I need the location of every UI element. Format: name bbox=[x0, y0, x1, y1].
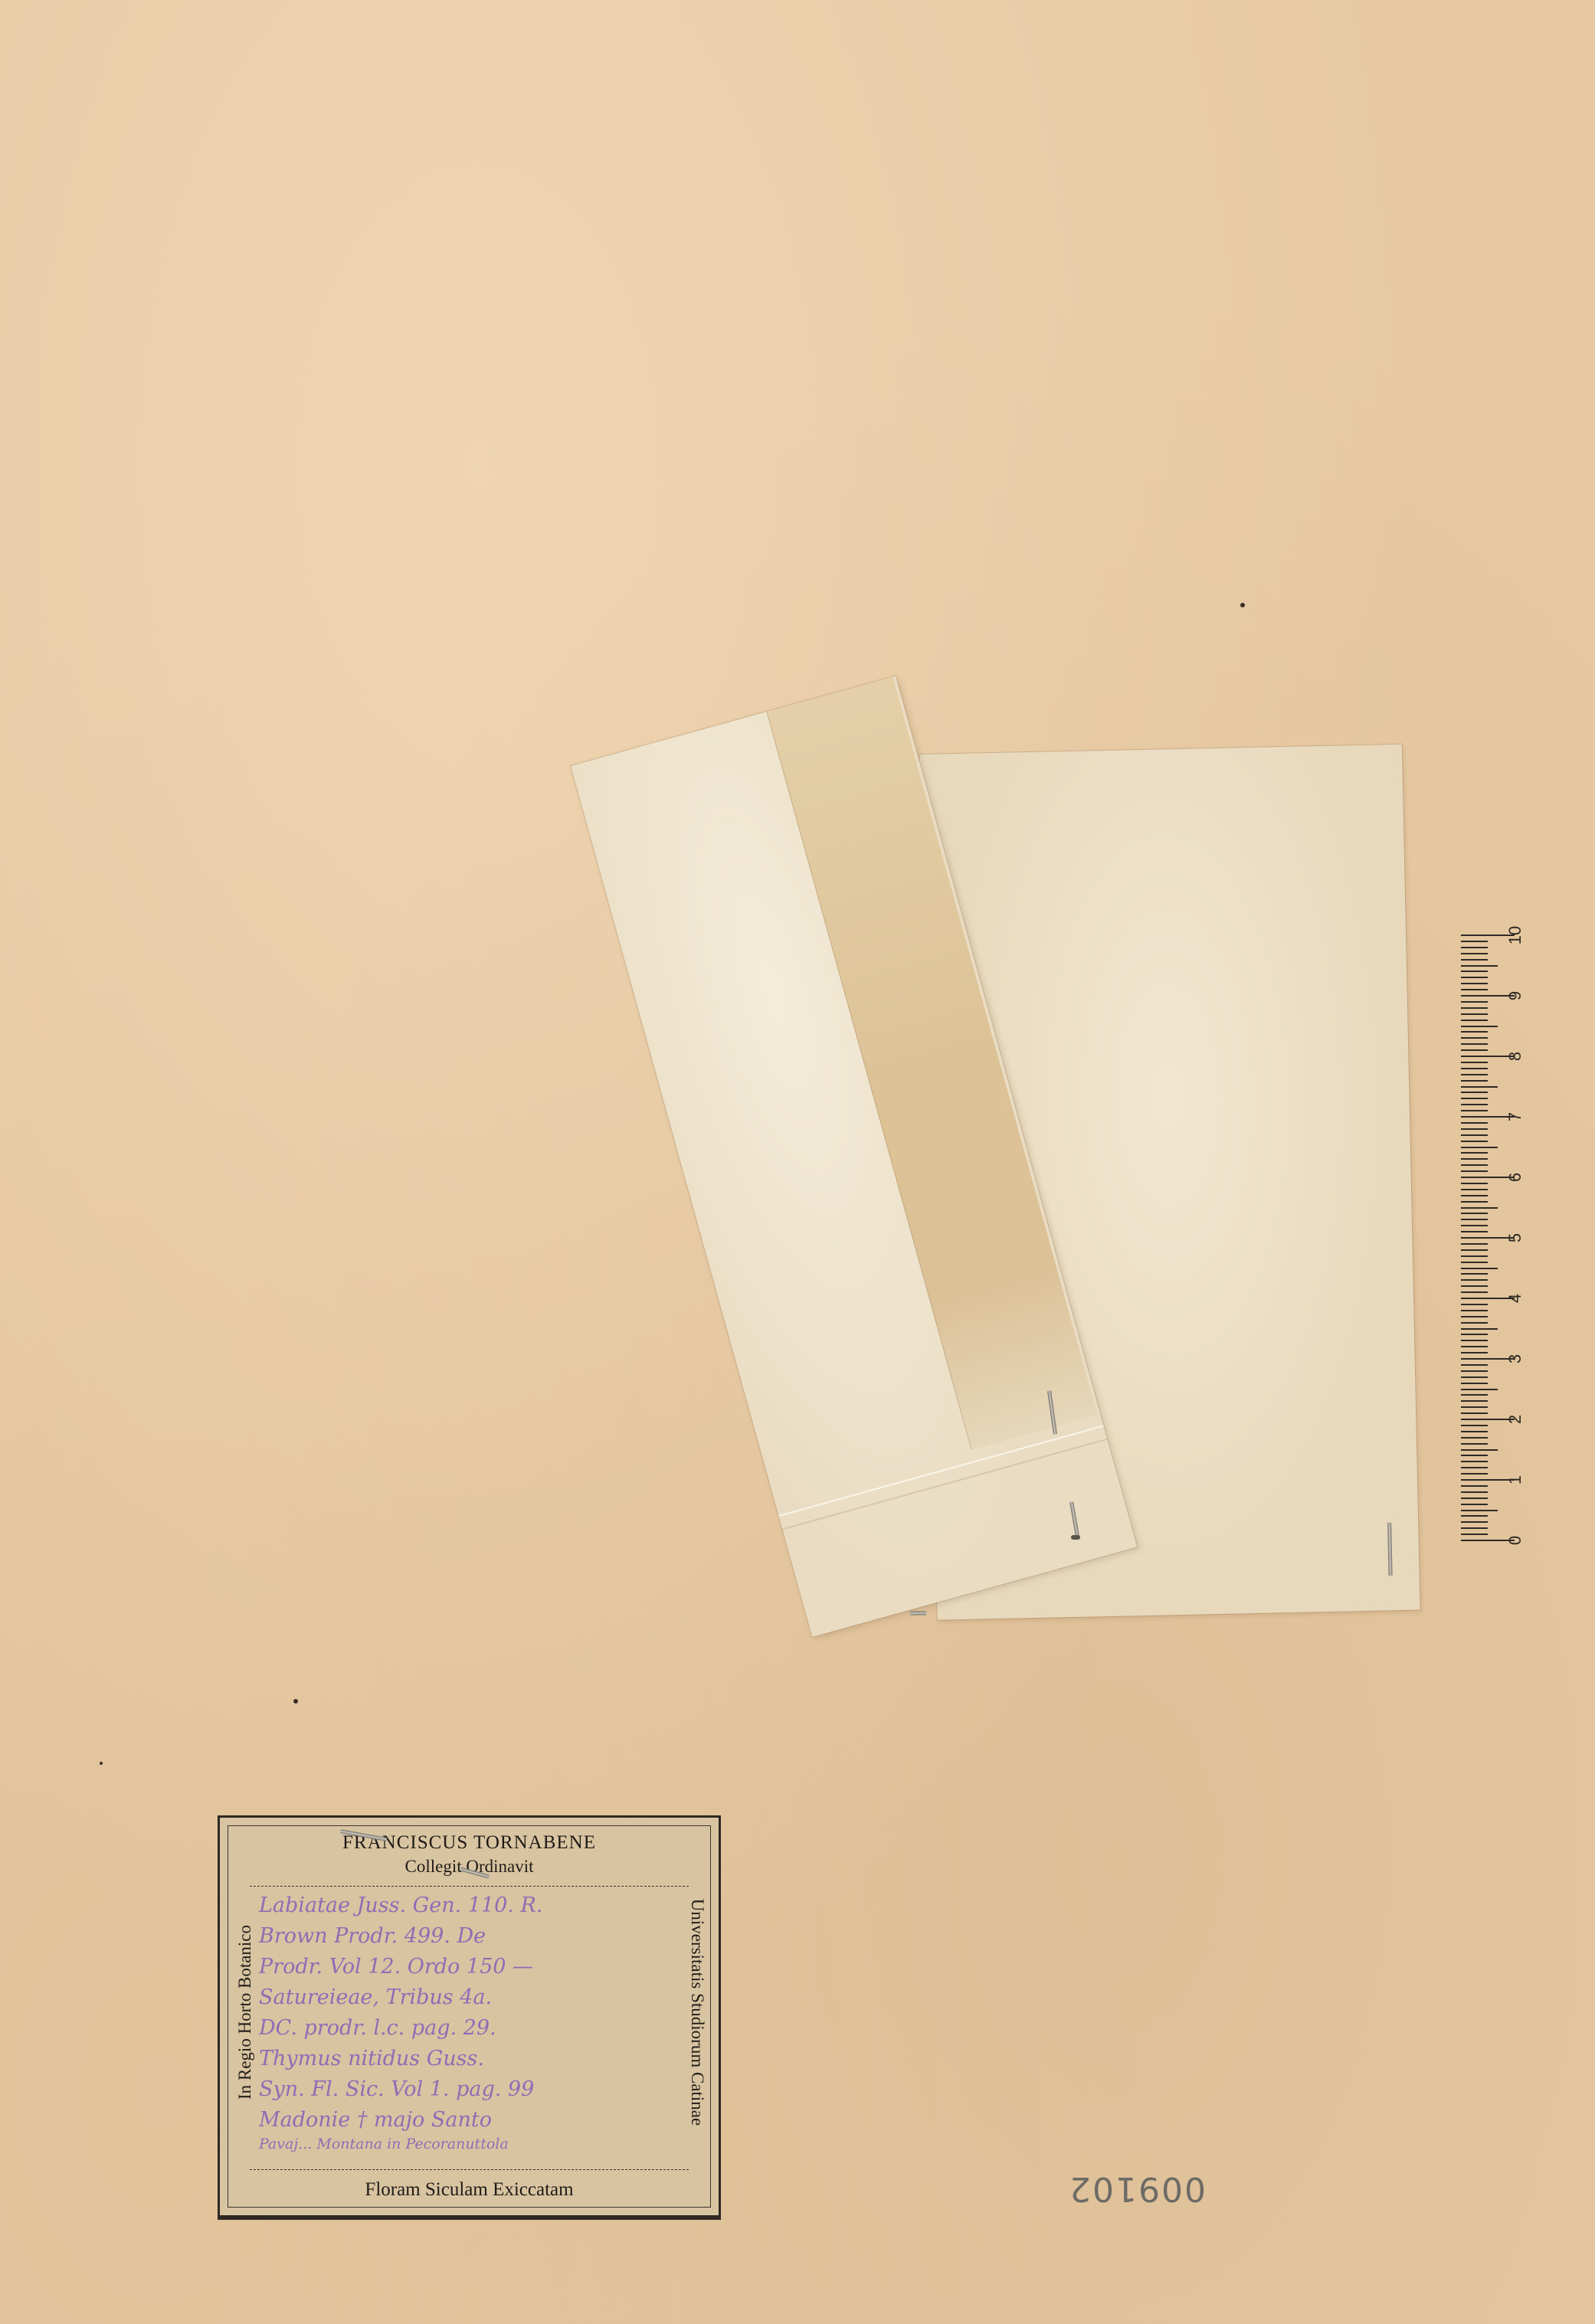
ruler-tick bbox=[1461, 1026, 1498, 1027]
ruler-tick bbox=[1461, 1189, 1488, 1190]
ruler-tick bbox=[1461, 977, 1488, 978]
pin-head-icon bbox=[1071, 1535, 1080, 1540]
paper-speck bbox=[100, 1762, 103, 1765]
ruler-tick bbox=[1461, 1498, 1488, 1499]
ruler-tick bbox=[1461, 1473, 1488, 1475]
label-divider-top bbox=[250, 1886, 689, 1887]
ruler-tick bbox=[1461, 1389, 1498, 1390]
ruler-tick bbox=[1461, 1049, 1488, 1051]
ruler-label: 10 bbox=[1505, 924, 1525, 947]
ruler-tick bbox=[1461, 941, 1488, 942]
ruler-tick bbox=[1461, 1455, 1488, 1456]
ruler-tick bbox=[1461, 1104, 1488, 1105]
ruler-label: 0 bbox=[1505, 1529, 1525, 1552]
handwritten-line: DC. prodr. l.c. pag. 29. bbox=[259, 2013, 680, 2044]
ruler-tick bbox=[1461, 1086, 1498, 1088]
handwritten-line: Satureieae, Tribus 4a. bbox=[259, 1982, 680, 2013]
handwritten-annotation: Labiatae Juss. Gen. 110. R. Brown Prodr.… bbox=[259, 1890, 680, 2165]
ruler-tick bbox=[1461, 1141, 1488, 1142]
handwritten-line: Prodr. Vol 12. Ordo 150 — bbox=[259, 1952, 680, 1982]
ruler-tick bbox=[1461, 1255, 1488, 1257]
ruler-tick bbox=[1461, 1515, 1488, 1517]
ruler-tick bbox=[1461, 1304, 1488, 1305]
ruler-tick bbox=[1461, 1147, 1498, 1148]
ruler-tick bbox=[1461, 1485, 1488, 1487]
handwritten-line: Brown Prodr. 499. De bbox=[259, 1921, 680, 1952]
label-side-left: In Regio Horto Botanico bbox=[235, 1859, 255, 2165]
ruler-tick bbox=[1461, 1092, 1488, 1093]
ruler-tick bbox=[1461, 1262, 1488, 1263]
ruler-tick bbox=[1461, 1461, 1488, 1462]
ruler-tick bbox=[1461, 1080, 1488, 1082]
ruler-tick bbox=[1461, 1328, 1498, 1330]
ruler-tick bbox=[1461, 1128, 1488, 1130]
ruler-label: 9 bbox=[1505, 984, 1525, 1007]
ruler-tick bbox=[1461, 959, 1488, 961]
ruler-tick bbox=[1461, 1352, 1488, 1353]
ruler-label: 1 bbox=[1505, 1468, 1525, 1491]
ruler-tick bbox=[1461, 1310, 1488, 1311]
label-footer: Floram Siculam Exiccatam bbox=[228, 2179, 710, 2201]
ruler-tick bbox=[1461, 1062, 1488, 1063]
ruler-tick bbox=[1461, 1285, 1488, 1287]
ruler-tick bbox=[1461, 1122, 1488, 1124]
ruler-tick bbox=[1461, 965, 1498, 967]
label-subtitle: Collegit Ordinavit bbox=[228, 1857, 710, 1877]
ruler-tick bbox=[1461, 1491, 1488, 1493]
ruler-tick bbox=[1461, 1074, 1488, 1075]
ruler-tick bbox=[1461, 1510, 1498, 1511]
ruler-tick bbox=[1461, 1527, 1488, 1529]
ruler-tick bbox=[1461, 1383, 1488, 1384]
ruler-tick bbox=[1461, 1431, 1488, 1432]
ruler-tick bbox=[1461, 1183, 1488, 1184]
ruler-tick bbox=[1461, 1443, 1488, 1445]
ruler-label: 4 bbox=[1505, 1287, 1525, 1310]
handwritten-line: Pavaj... Montana in Pecoranuttola bbox=[259, 2136, 680, 2152]
ruler-tick bbox=[1461, 1152, 1488, 1154]
paper-speck bbox=[293, 1699, 298, 1704]
ruler-tick bbox=[1461, 953, 1488, 954]
ruler-tick bbox=[1461, 1316, 1488, 1317]
ruler-tick bbox=[1461, 1231, 1488, 1232]
ruler-label: 2 bbox=[1505, 1408, 1525, 1431]
ruler-tick bbox=[1461, 1195, 1488, 1196]
ruler-tick bbox=[1461, 1467, 1488, 1468]
ruler-tick bbox=[1461, 1406, 1488, 1408]
ruler-label: 6 bbox=[1505, 1166, 1525, 1189]
ruler-tick bbox=[1461, 1020, 1488, 1021]
ruler-tick bbox=[1461, 1013, 1488, 1015]
label-border: FRANCISCUS TORNABENE Collegit Ordinavit … bbox=[228, 1825, 711, 2208]
ruler-tick bbox=[1461, 989, 1488, 990]
ruler-tick bbox=[1461, 1449, 1498, 1451]
ruler-tick bbox=[1461, 1504, 1488, 1505]
ruler-tick bbox=[1461, 1201, 1488, 1203]
ruler-tick bbox=[1461, 1249, 1488, 1251]
ruler-tick bbox=[1461, 1219, 1488, 1220]
ruler-tick bbox=[1461, 1346, 1488, 1347]
ruler-tick bbox=[1461, 1207, 1498, 1209]
ruler-tick bbox=[1461, 1068, 1488, 1069]
ruler-tick bbox=[1461, 1394, 1488, 1396]
ruler-label: 7 bbox=[1505, 1105, 1525, 1128]
label-side-right: Universitatis Studiorum Catinae bbox=[687, 1859, 707, 2165]
ruler-tick bbox=[1461, 1370, 1488, 1372]
ruler-tick bbox=[1461, 1170, 1488, 1172]
ruler-tick bbox=[1461, 1534, 1488, 1535]
ruler-tick bbox=[1461, 1031, 1488, 1033]
ruler-tick bbox=[1461, 1001, 1488, 1003]
ruler-tick bbox=[1461, 1098, 1488, 1099]
ruler-tick bbox=[1461, 1134, 1488, 1136]
ruler-tick bbox=[1461, 971, 1488, 972]
ruler-tick bbox=[1461, 1007, 1488, 1009]
ruler-tick bbox=[1461, 1225, 1488, 1226]
ruler-tick bbox=[1461, 1268, 1498, 1269]
ruler-label: 3 bbox=[1505, 1347, 1525, 1370]
handwritten-line: Thymus nitidus Guss. bbox=[259, 2044, 680, 2074]
ruler-tick bbox=[1461, 1037, 1488, 1039]
ruler-tick bbox=[1461, 1364, 1488, 1366]
ruler-tick bbox=[1461, 1322, 1488, 1324]
label-title: FRANCISCUS TORNABENE bbox=[228, 1832, 710, 1854]
ruler-tick bbox=[1461, 1110, 1488, 1111]
ruler-tick bbox=[1461, 1158, 1488, 1160]
ruler-tick bbox=[1461, 1340, 1488, 1341]
ruler-tick bbox=[1461, 1243, 1488, 1245]
catalog-number: 009102 bbox=[1053, 2169, 1221, 2208]
ruler-tick bbox=[1461, 1334, 1488, 1335]
handwritten-line: Labiatae Juss. Gen. 110. R. bbox=[259, 1890, 680, 1921]
label-divider-bottom bbox=[250, 2169, 689, 2170]
handwritten-line: Syn. Fl. Sic. Vol 1. pag. 99 bbox=[259, 2074, 680, 2105]
pin-icon bbox=[910, 1612, 927, 1615]
ruler-tick bbox=[1461, 1400, 1488, 1402]
ruler-label: 5 bbox=[1505, 1226, 1525, 1249]
ruler-tick bbox=[1461, 1164, 1488, 1166]
collection-label: FRANCISCUS TORNABENE Collegit Ordinavit … bbox=[218, 1815, 721, 2220]
packet-fold-line bbox=[778, 1425, 1104, 1517]
handwritten-line: Madonie † majo Santo bbox=[259, 2105, 680, 2136]
ruler-tick bbox=[1461, 1412, 1488, 1414]
paper-speck bbox=[1240, 603, 1245, 607]
ruler-tick bbox=[1461, 983, 1488, 984]
ruler-tick bbox=[1461, 1437, 1488, 1439]
ruler-tick bbox=[1461, 1273, 1488, 1275]
scale-ruler: 012345678910 bbox=[1459, 927, 1528, 1547]
ruler-tick bbox=[1461, 1291, 1488, 1293]
ruler-tick bbox=[1461, 1043, 1488, 1045]
pin-icon bbox=[1387, 1522, 1392, 1576]
ruler-label: 8 bbox=[1505, 1045, 1525, 1068]
ruler-tick bbox=[1461, 1425, 1488, 1426]
ruler-tick bbox=[1461, 1521, 1488, 1523]
ruler-tick bbox=[1461, 1279, 1488, 1281]
ruler-tick bbox=[1461, 1376, 1488, 1378]
ruler-tick bbox=[1461, 947, 1488, 948]
ruler-tick bbox=[1461, 1213, 1488, 1214]
herbarium-sheet: 012345678910 FRANCISCUS TORNABENE Colleg… bbox=[0, 0, 1595, 2324]
